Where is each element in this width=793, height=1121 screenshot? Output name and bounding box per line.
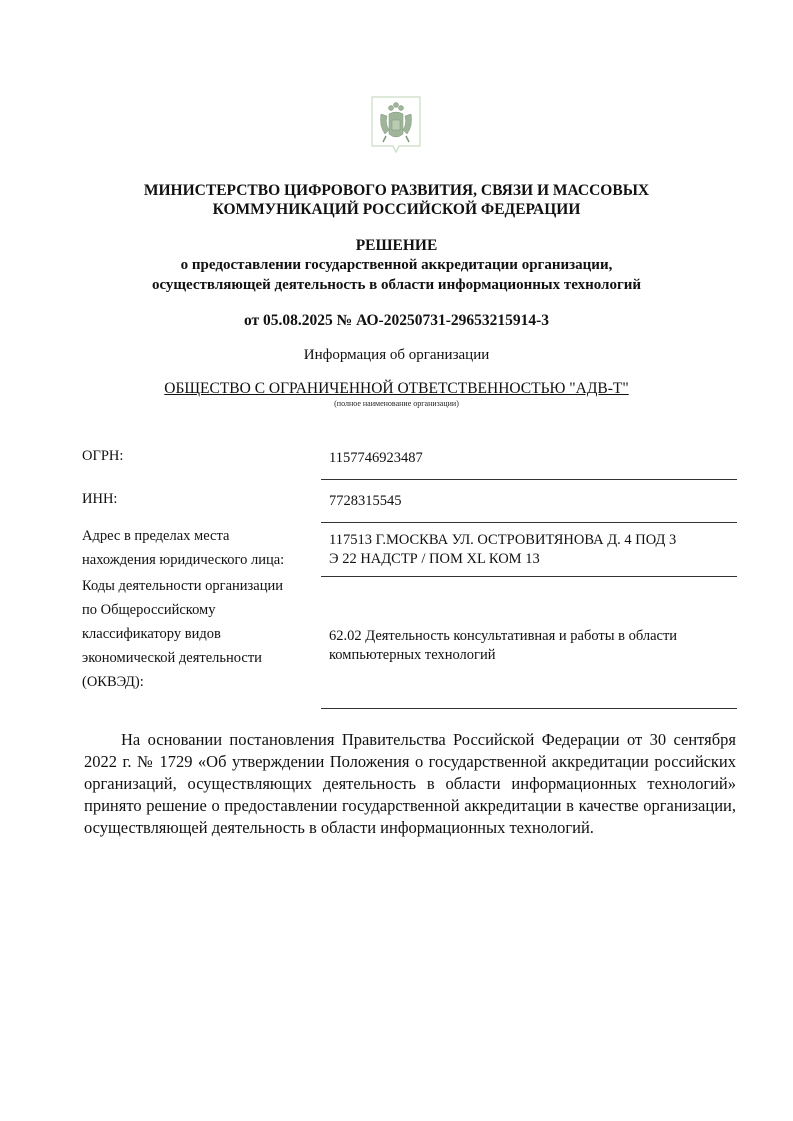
- divider: [321, 708, 737, 709]
- decision-paragraph: На основании постановления Правительства…: [84, 729, 736, 839]
- divider: [321, 522, 737, 523]
- section-heading: Информация об организации: [0, 347, 793, 364]
- divider: [321, 479, 737, 480]
- organization-name-caption: (полное наименование организации): [0, 399, 793, 408]
- divider: [321, 576, 737, 577]
- okved-value: 62.02 Деятельность консультативная и раб…: [329, 627, 734, 665]
- inn-value: 7728315545: [329, 492, 734, 511]
- address-value: 117513 Г.МОСКВА УЛ. ОСТРОВИТЯНОВА Д. 4 П…: [329, 531, 734, 569]
- decision-number: от 05.08.2025 № АО-20250731-29653215914-…: [0, 312, 793, 330]
- organization-full-name: ОБЩЕСТВО С ОГРАНИЧЕННОЙ ОТВЕТСТВЕННОСТЬЮ…: [0, 380, 793, 398]
- russian-coat-of-arms-icon: [371, 96, 421, 154]
- address-label: Адрес в пределах места нахождения юридич…: [82, 524, 317, 572]
- document-title: РЕШЕНИЕ: [0, 236, 793, 255]
- ministry-name: МИНИСТЕРСТВО ЦИФРОВОГО РАЗВИТИЯ, СВЯЗИ И…: [0, 181, 793, 219]
- document-subtitle: о предоставлении государственной аккреди…: [0, 256, 793, 295]
- okved-label: Коды деятельности организации по Общерос…: [82, 574, 317, 694]
- ogrn-label: ОГРН:: [82, 444, 317, 468]
- ogrn-value: 1157746923487: [329, 449, 734, 468]
- inn-label: ИНН:: [82, 487, 317, 511]
